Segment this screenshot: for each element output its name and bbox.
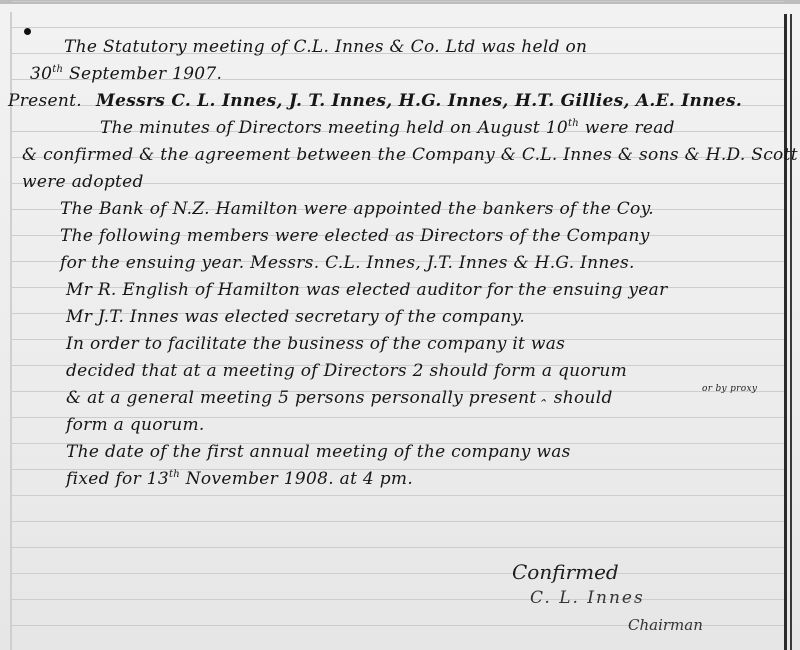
- right-margin-rule-outer: [790, 14, 792, 650]
- signature-block: Confirmed C. L. Innes Chairman: [508, 560, 768, 634]
- present-names: Messrs C. L. Innes, J. T. Innes, H.G. In…: [96, 91, 742, 111]
- minutes-line: or by proxy & at a general meeting 5 per…: [66, 385, 790, 412]
- minutes-line: decided that at a meeting of Directors 2…: [66, 358, 790, 385]
- line-text: Mr J.T. Innes was elected secretary of t…: [66, 307, 525, 327]
- line-text: decided that at a meeting of Directors 2…: [66, 361, 627, 381]
- minutes-line-title: The Statutory meeting of C.L. Innes & Co…: [30, 34, 790, 61]
- present-label: Present.: [8, 91, 82, 111]
- minutes-line: for the ensuing year. Messrs. C.L. Innes…: [60, 250, 790, 277]
- line-text: The minutes of Directors meeting held on…: [100, 118, 568, 138]
- minutes-line: The date of the first annual meeting of …: [66, 439, 790, 466]
- minutes-line-date: 30th September 1907.: [30, 61, 790, 88]
- date-suffix: th: [52, 64, 63, 75]
- minutes-line: In order to facilitate the business of t…: [66, 331, 790, 358]
- ordinal-suffix: th: [568, 118, 579, 129]
- minutes-line: form a quorum.: [66, 412, 790, 439]
- line-text: In order to facilitate the business of t…: [66, 334, 565, 354]
- line-text: form a quorum.: [66, 415, 205, 435]
- document-page: The Statutory meeting of C.L. Innes & Co…: [0, 0, 800, 650]
- minutes-line: were adopted: [22, 169, 790, 196]
- confirmed-label: Confirmed: [512, 560, 768, 584]
- minutes-line: fixed for 13th November 1908. at 4 pm.: [66, 466, 790, 493]
- signatory-name: C. L. Innes: [530, 588, 768, 608]
- minutes-line-present: Present.Messrs C. L. Innes, J. T. Innes,…: [8, 88, 790, 115]
- line-text: The Statutory meeting of C.L. Innes & Co…: [64, 37, 587, 57]
- line-text: The Bank of N.Z. Hamilton were appointed…: [60, 199, 654, 219]
- line-text: November 1908. at 4 pm.: [180, 469, 413, 489]
- line-text: fixed for 13: [66, 469, 169, 489]
- line-text: for the ensuing year. Messrs. C.L. Innes…: [60, 253, 635, 273]
- minutes-line: Mr J.T. Innes was elected secretary of t…: [66, 304, 790, 331]
- minutes-line: The minutes of Directors meeting held on…: [30, 115, 790, 142]
- line-text: & confirmed & the agreement between the …: [22, 145, 798, 165]
- ordinal-suffix: th: [169, 469, 180, 480]
- minutes-line: Mr R. English of Hamilton was elected au…: [66, 277, 790, 304]
- date-rest: September 1907.: [63, 64, 222, 84]
- line-text: should: [548, 388, 613, 408]
- line-text: Mr R. English of Hamilton was elected au…: [66, 280, 668, 300]
- line-text: were read: [579, 118, 675, 138]
- line-text: & at a general meeting 5 persons persona…: [66, 388, 537, 408]
- signatory-role: Chairman: [628, 616, 768, 634]
- minutes-line: The following members were elected as Di…: [60, 223, 790, 250]
- minutes-line: & confirmed & the agreement between the …: [22, 142, 790, 169]
- line-text: were adopted: [22, 172, 144, 192]
- line-text: The following members were elected as Di…: [60, 226, 650, 246]
- line-text: The date of the first annual meeting of …: [66, 442, 571, 462]
- interlinear-insertion: or by proxy: [702, 376, 757, 403]
- minutes-text: The Statutory meeting of C.L. Innes & Co…: [30, 34, 790, 493]
- minutes-line: The Bank of N.Z. Hamilton were appointed…: [60, 196, 790, 223]
- date-day: 30: [30, 64, 52, 84]
- caret-mark-icon: ⌃: [538, 397, 548, 410]
